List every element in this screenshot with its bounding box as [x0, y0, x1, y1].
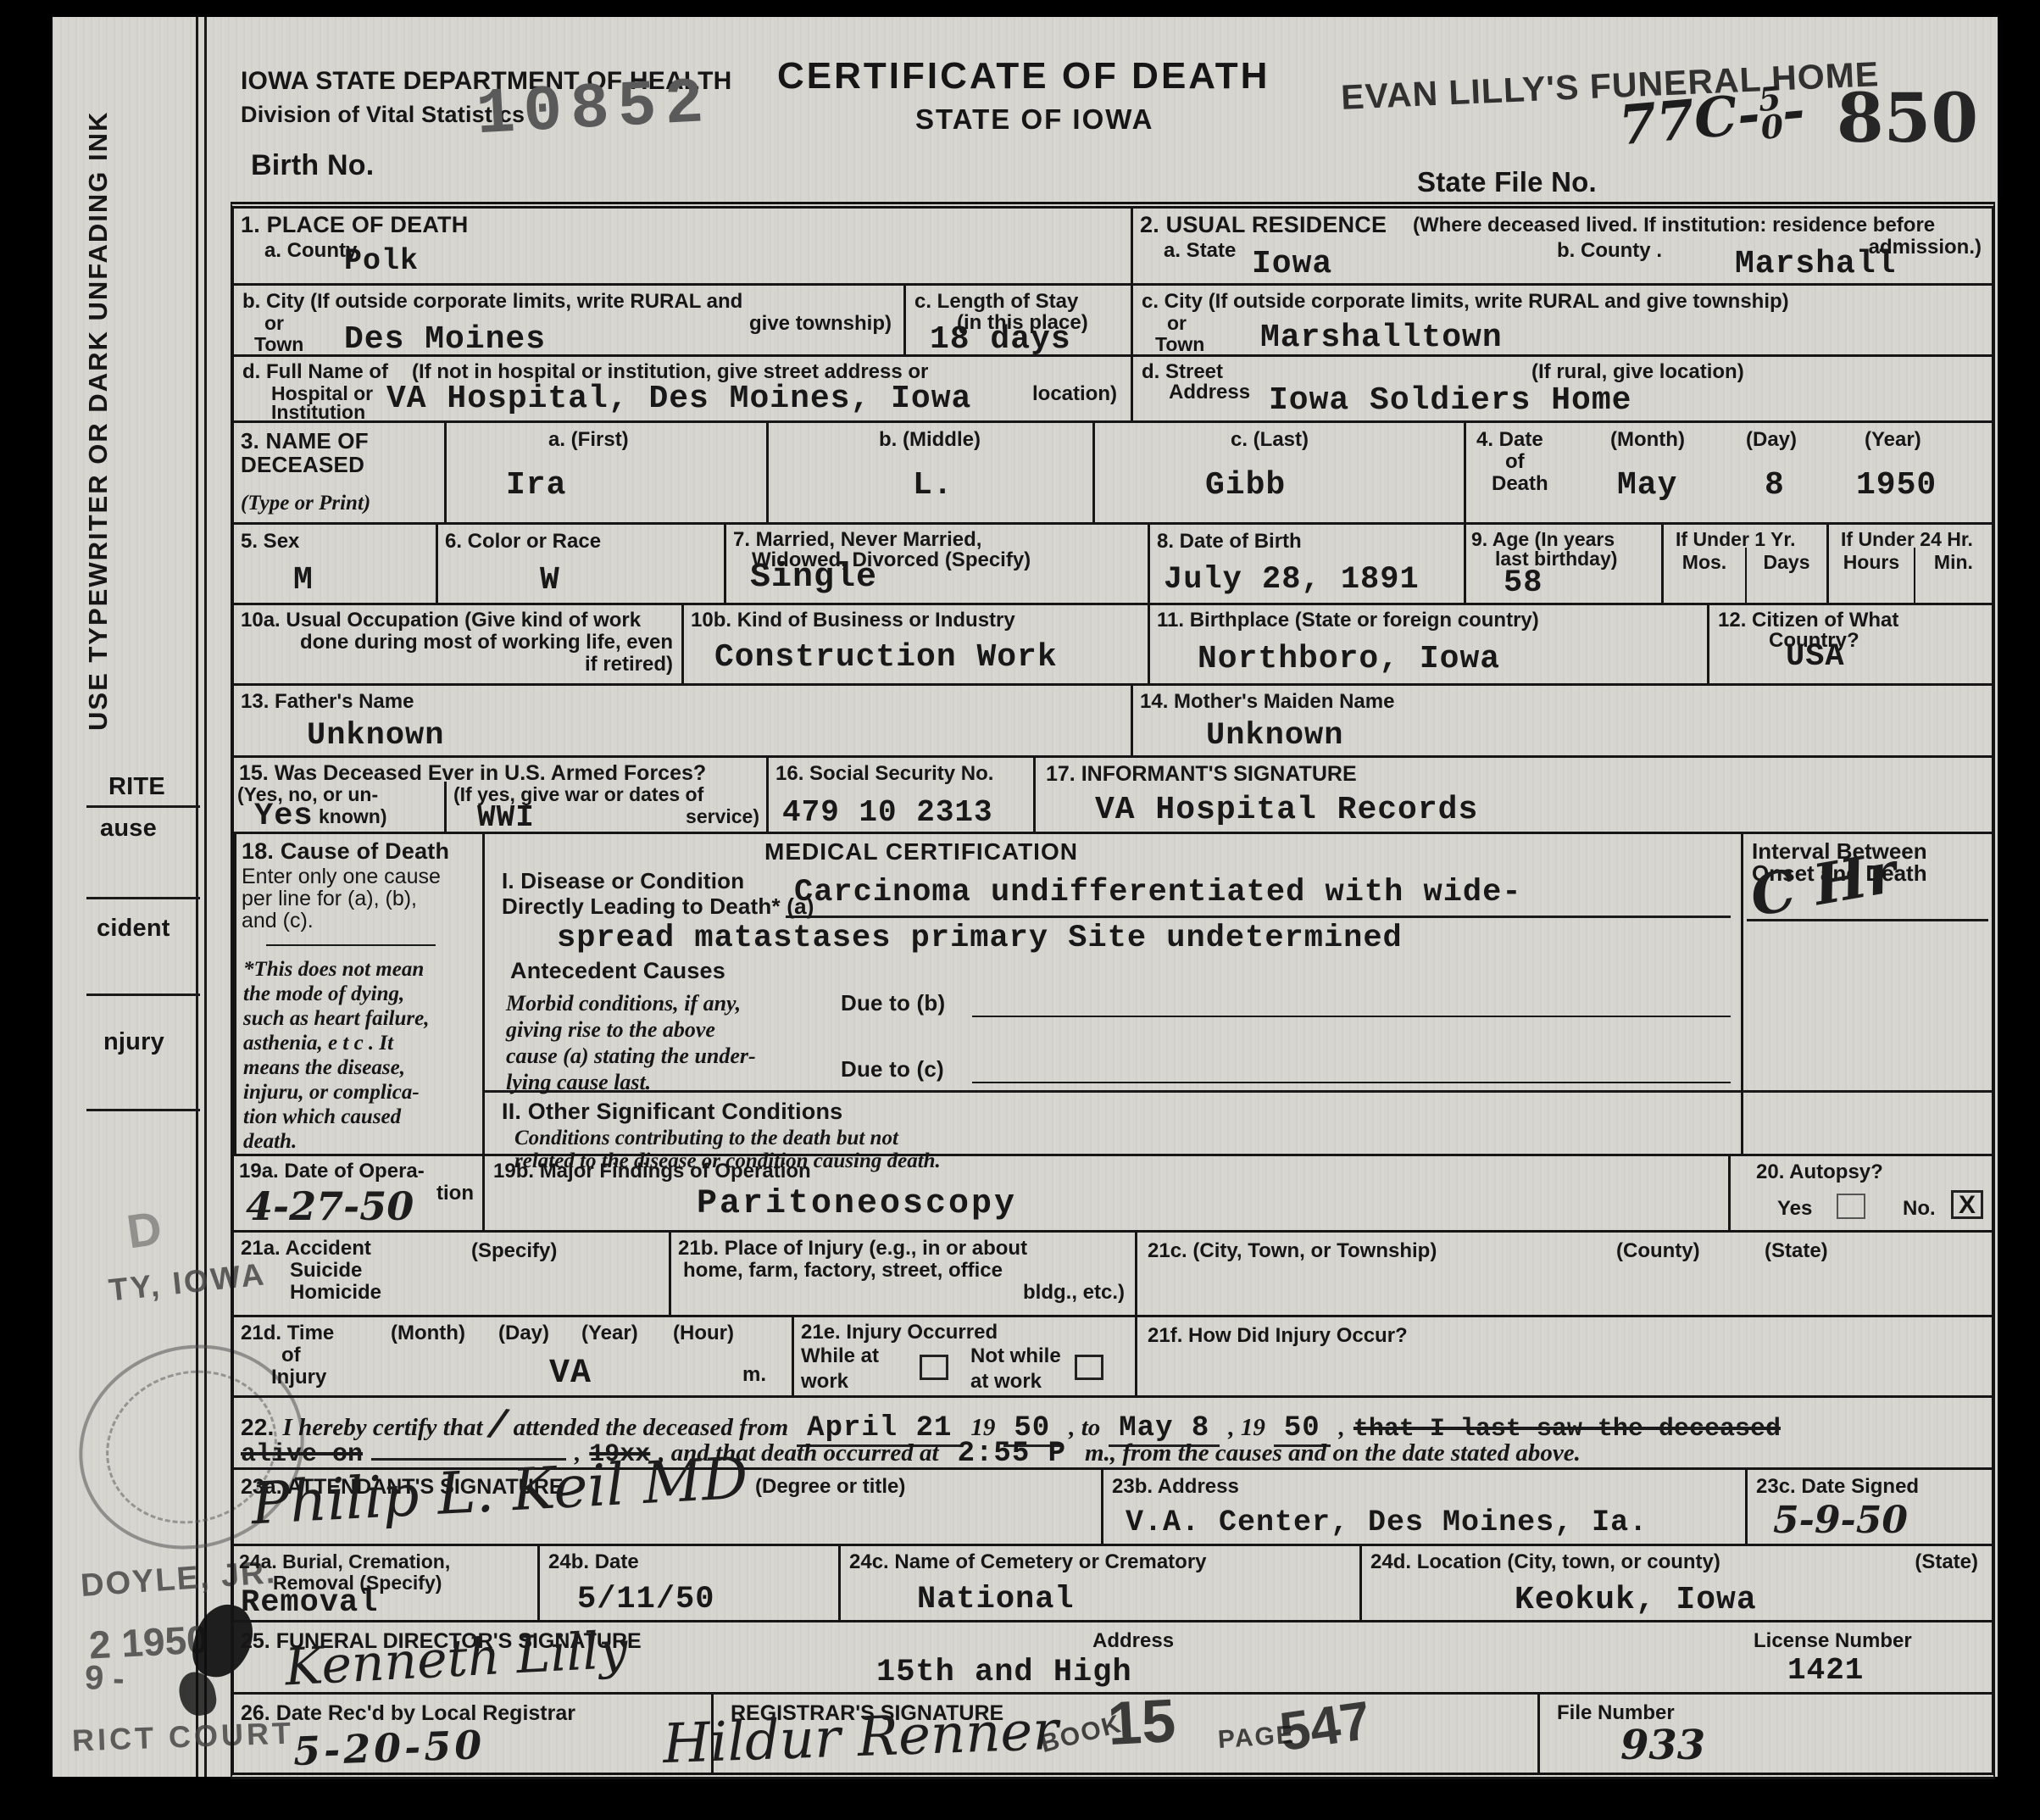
row-certify: 22. I hereby certify that / attended the…: [234, 1395, 1992, 1467]
margin-fragment-accident: cident: [97, 914, 170, 943]
accident-label-2: Suicide: [290, 1259, 362, 1283]
cause-asterisk-note: death.: [243, 1129, 429, 1154]
type-or-print: (Type or Print): [241, 491, 370, 516]
not-while-at-work-checkbox: [1075, 1355, 1103, 1380]
funeral-director-cell: 25. FUNERAL DIRECTOR'S SIGNATURE Kenneth…: [234, 1622, 1992, 1692]
autopsy-label: 20. Autopsy?: [1756, 1160, 1883, 1184]
accident-label-1: 21a. Accident: [241, 1237, 371, 1261]
row-attendant: 23a. ATTENDANT'S SIGNATURE (Degree or ti…: [234, 1467, 1992, 1544]
place-of-death-title: 1. PLACE OF DEATH: [241, 212, 468, 239]
war-value: WWI: [477, 800, 535, 835]
cause-asterisk-note: the mode of dying,: [243, 982, 429, 1006]
street-paren: (If rural, give location): [1531, 360, 1744, 384]
margin-fragment-cause: ause: [100, 814, 157, 843]
due-to-c-label: Due to (c): [841, 1056, 944, 1083]
hospital-label-1: d. Full Name of: [242, 360, 388, 384]
attendant-address-cell: 23b. Address V.A. Center, Des Moines, Ia…: [1101, 1470, 1745, 1544]
war-paren-2: service): [686, 805, 759, 827]
place-injury-label-3: bldg., etc.): [1023, 1281, 1125, 1305]
dod-day-label: (Day): [1746, 428, 1797, 452]
margin-fragment-injury: njury: [103, 1027, 164, 1056]
birth-no-label: Birth No.: [251, 148, 374, 182]
how-injury-label: 21f. How Did Injury Occur?: [1148, 1324, 1408, 1348]
first-name-value: Ira: [506, 467, 566, 504]
residence-county-value: Marshall: [1735, 246, 1896, 282]
cause-asterisk-note: tion which caused: [243, 1105, 429, 1129]
row-funeral-director: 25. FUNERAL DIRECTOR'S SIGNATURE Kenneth…: [234, 1620, 1992, 1692]
va-typed-mark: VA: [549, 1355, 592, 1393]
form-grid: 1. PLACE OF DEATH a. County Polk b. City…: [231, 202, 1995, 1779]
father-label: 13. Father's Name: [241, 690, 414, 714]
place-of-injury-cell: 21b. Place of Injury (e.g., in or about …: [669, 1233, 1135, 1315]
funeral-address-label: Address: [1092, 1629, 1174, 1653]
armed-forces-value: Yes: [254, 799, 314, 834]
morbid-note: Morbid conditions, if any,: [506, 990, 756, 1016]
due-to-b-label: Due to (b): [841, 990, 945, 1016]
other-conditions-label: II. Other Significant Conditions: [502, 1099, 842, 1126]
dod-year-label: (Year): [1865, 428, 1921, 452]
last-name-value: Gibb: [1205, 467, 1286, 504]
race-label: 6. Color or Race: [445, 530, 601, 554]
interval-underline: [1747, 919, 1988, 921]
injury-year-label: (Year): [581, 1322, 638, 1345]
registrar-number-stamp: 10852: [475, 67, 714, 152]
informant-cell: 17. INFORMANT'S SIGNATURE VA Hospital Re…: [1033, 758, 1992, 832]
date-signed-cell: 23c. Date Signed 5-9-50: [1745, 1470, 1992, 1544]
first-name-cell: a. (First) Ira: [444, 423, 766, 522]
informant-value: VA Hospital Records: [1095, 792, 1478, 828]
operation-findings-cell: 19b. Major Findings of Operation Pariton…: [482, 1156, 1728, 1230]
cause-a-value-line1: Carcinoma undifferentiated with wide-: [794, 875, 1522, 910]
marital-value: Single: [750, 559, 877, 597]
industry-cell: 10b. Kind of Business or Industry Constr…: [681, 605, 1148, 683]
occupation-cell: 10a. Usual Occupation (Give kind of work…: [234, 605, 681, 683]
hours-label: Hours: [1829, 548, 1914, 603]
cemetery-label: 24c. Name of Cemetery or Crematory: [849, 1550, 1207, 1574]
injury-month-label: (Month): [391, 1322, 465, 1345]
dob-label: 8. Date of Birth: [1157, 530, 1302, 554]
injury-hour-label: (Hour): [673, 1322, 734, 1345]
citizen-value: USA: [1786, 639, 1845, 675]
last-name-label: c. (Last): [1231, 428, 1309, 452]
accident-specify: (Specify): [471, 1239, 557, 1263]
residence-city-value: Marshalltown: [1260, 320, 1503, 356]
registrar-signature: Hildur Renner: [662, 1700, 1059, 1776]
residence-city-town: Town: [1155, 333, 1204, 355]
burial-location-cell: 24d. Location (City, town, or county) (S…: [1359, 1546, 1992, 1620]
birthplace-label: 11. Birthplace (State or foreign country…: [1157, 609, 1539, 632]
city-label-line1: b. City (If outside corporate limits, wr…: [242, 290, 742, 314]
time-injury-label-1: 21d. Time: [241, 1322, 334, 1345]
row-demographics: 5. Sex M 6. Color or Race W 7. Married, …: [234, 522, 1992, 603]
morbid-note: giving rise to the above: [506, 1016, 756, 1043]
time-injury-label-3: Injury: [271, 1366, 326, 1389]
other-conditions-note-1: Conditions contributing to the death but…: [514, 1126, 898, 1151]
margin-rule: [86, 1109, 200, 1111]
county-label: a. County: [264, 239, 357, 263]
length-of-stay-label: c. Length of Stay: [914, 290, 1078, 314]
race-cell: 6. Color or Race W: [436, 525, 724, 603]
cause-asterisk-note: *This does not mean: [243, 957, 429, 982]
license-number-label: License Number: [1754, 1629, 1912, 1653]
cause-asterisk-note: injuru, or complica-: [243, 1080, 429, 1105]
last-name-cell: c. (Last) Gibb: [1092, 423, 1464, 522]
margin-vertical-instruction: USE TYPEWRITER OR DARK UNFADING INK: [83, 111, 114, 731]
while-at-label: While at: [801, 1344, 879, 1368]
occupation-label-2: done during most of working life, even: [300, 631, 673, 654]
time-injury-label-2: of: [281, 1344, 301, 1367]
place-injury-label-2: home, farm, factory, street, office: [683, 1259, 1003, 1283]
cause-asterisk-note: such as heart failure,: [243, 1006, 429, 1031]
dob-value: July 28, 1891: [1164, 562, 1420, 598]
disease-label-2: Directly Leading to Death* (a): [502, 893, 814, 920]
dod-label-3: Death: [1492, 472, 1548, 496]
row-medical: 18. Cause of Death Enter only one cause …: [234, 832, 1992, 1154]
min-label: Min.: [1914, 548, 1992, 603]
cause-title: 18. Cause of Death: [242, 838, 449, 865]
death-time-value: 2:55 P: [948, 1438, 1076, 1467]
injury-occurred-cell: 21e. Injury Occurred While at work Not w…: [792, 1317, 1135, 1395]
hospital-value: VA Hospital, Des Moines, Iowa: [386, 381, 971, 417]
injury-city-label: 21c. (City, Town, or Township): [1148, 1239, 1437, 1263]
operation-date-value: 4-27-50: [246, 1183, 414, 1229]
date-received-cell: 26. Date Rec'd by Local Registrar 5-20-5…: [234, 1695, 711, 1773]
dod-year-value: 1950: [1856, 467, 1937, 504]
autopsy-no-checkbox: X: [1951, 1190, 1983, 1219]
cause-note-2: per line for (a), (b),: [242, 887, 417, 911]
margin-stamp-9: 9 -: [84, 1659, 125, 1699]
citizen-cell: 12. Citizen of What Country? USA: [1707, 605, 1992, 683]
burial-value: Removal: [241, 1585, 378, 1621]
name-title-1: 3. NAME OF: [241, 428, 369, 454]
row-injury-2: 21d. Time of Injury (Month) (Day) (Year)…: [234, 1315, 1992, 1395]
dod-month-value: May: [1617, 467, 1677, 504]
attendant-signature-cell: 23a. ATTENDANT'S SIGNATURE (Degree or ti…: [234, 1470, 1101, 1544]
autopsy-yes-label: Yes: [1777, 1197, 1812, 1221]
page-number-stamp: 547: [1276, 1689, 1374, 1763]
street-label-2: Address: [1169, 381, 1250, 404]
certificate-form: IOWA STATE DEPARTMENT OF HEALTH Division…: [231, 17, 1995, 1777]
state-file-label: State File No.: [1417, 166, 1597, 199]
state-file-number-stamp: 850: [1837, 78, 1978, 158]
certify-text-4: m., from the causes and on the date stat…: [1085, 1439, 1581, 1467]
birthplace-cell: 11. Birthplace (State or foreign country…: [1148, 605, 1707, 683]
days-label: Days: [1745, 548, 1826, 603]
antecedent-label: Antecedent Causes: [510, 958, 725, 985]
burial-location-state: (State): [1915, 1550, 1978, 1574]
cause-of-death-cell: 18. Cause of Death Enter only one cause …: [234, 834, 482, 1154]
mother-cell: 14. Mother's Maiden Name Unknown: [1131, 686, 1992, 755]
book-number-stamp: 15: [1106, 1686, 1177, 1759]
name-title-2: DECEASED: [241, 452, 364, 478]
residence-city-or: or: [1167, 312, 1187, 334]
middle-name-cell: b. (Middle) L.: [766, 423, 1092, 522]
injury-county-label: (County): [1616, 1239, 1700, 1263]
cemetery-cell: 24c. Name of Cemetery or Crematory Natio…: [838, 1546, 1359, 1620]
name-label-cell: 3. NAME OF DECEASED (Type or Print): [234, 423, 444, 522]
disease-label-1: I. Disease or Condition: [502, 868, 744, 894]
mos-label: Mos.: [1664, 548, 1745, 603]
morbid-note: lying cause last.: [506, 1069, 756, 1095]
row-place-residence: 1. PLACE OF DEATH a. County Polk b. City…: [234, 209, 1992, 420]
date-received-value: 5-20-50: [292, 1722, 486, 1774]
morbid-note: cause (a) stating the under-: [506, 1043, 756, 1069]
burial-date-label: 24b. Date: [548, 1550, 639, 1574]
cause-asterisk-note: means the disease,: [243, 1055, 429, 1080]
file-number-cell: File Number 933: [1537, 1695, 1992, 1773]
sex-cell: 5. Sex M: [234, 525, 436, 603]
row-parents: 13. Father's Name Unknown 14. Mother's M…: [234, 683, 1992, 755]
burial-date-value: 5/11/50: [577, 1582, 714, 1617]
funeral-address-value: 15th and High: [876, 1655, 1132, 1690]
injury-state-label: (State): [1765, 1239, 1828, 1263]
certificate-scan: USE TYPEWRITER OR DARK UNFADING INK RITE…: [53, 17, 1998, 1777]
struck-text-2: alive on: [241, 1440, 363, 1467]
mother-value: Unknown: [1206, 718, 1343, 754]
not-while-label: Not while: [970, 1344, 1061, 1368]
date-of-death-cell: 4. Date of Death (Month) (Day) (Year) Ma…: [1464, 423, 1992, 522]
accident-label-3: Homicide: [290, 1281, 381, 1305]
cause-note-3: and (c).: [242, 909, 314, 933]
sex-label: 5. Sex: [241, 530, 299, 554]
while-at-work-checkbox: [920, 1355, 948, 1380]
attendant-address-value: V.A. Center, Des Moines, Ia.: [1126, 1506, 1648, 1539]
margin-rule: [86, 805, 200, 808]
date-signed-label: 23c. Date Signed: [1756, 1475, 1919, 1499]
yes-no-paren-2: known): [319, 805, 387, 827]
burial-label-1: 24a. Burial, Cremation,: [239, 1550, 450, 1572]
age-cell: 9. Age (In years last birthday) 58 If Un…: [1464, 525, 1992, 603]
operation-date-label-1: 19a. Date of Opera-: [239, 1160, 425, 1183]
file-number-value: 933: [1620, 1722, 1705, 1769]
dod-month-label: (Month): [1610, 428, 1685, 452]
residence-city-label: c. City (If outside corporate limits, wr…: [1142, 290, 1789, 314]
at-work-label: at work: [970, 1370, 1042, 1394]
burial-date-cell: 24b. Date 5/11/50: [537, 1546, 838, 1620]
due-to-b-line: [972, 1016, 1731, 1017]
margin-rule: [86, 993, 200, 996]
cause-a-value-line2: spread matastases primary Site undetermi…: [557, 921, 1403, 956]
residence-paren-1: (Where deceased lived. If institution: r…: [1413, 214, 1935, 237]
sex-value: M: [293, 562, 314, 598]
due-to-c-line: [972, 1082, 1731, 1083]
middle-name-value: L.: [913, 467, 953, 504]
medical-certification-cell: MEDICAL CERTIFICATION I. Disease or Cond…: [482, 834, 1741, 1154]
cause-note-1: Enter only one cause: [242, 865, 441, 889]
operation-findings-value: Paritoneoscopy: [697, 1185, 1017, 1223]
race-value: W: [540, 562, 560, 598]
armed-forces-cell: 15. Was Deceased Ever in U.S. Armed Forc…: [234, 758, 766, 832]
street-value: Iowa Soldiers Home: [1269, 382, 1631, 419]
autopsy-cell: 20. Autopsy? Yes No. X: [1728, 1156, 1992, 1230]
injury-day-label: (Day): [498, 1322, 549, 1345]
certificate-title: CERTIFICATE OF DEATH: [777, 54, 1270, 98]
city-value: Des Moines: [344, 321, 546, 358]
dod-label-2: of: [1505, 450, 1525, 474]
length-of-stay-value: 18 days: [930, 321, 1071, 358]
residence-title: 2. USUAL RESIDENCE: [1140, 212, 1387, 239]
injury-location-cell: 21c. (City, Town, or Township) (County) …: [1135, 1233, 1992, 1315]
certify-cell: 22. I hereby certify that / attended the…: [234, 1398, 1992, 1467]
date-signed-value: 5-9-50: [1773, 1499, 1908, 1542]
row-service-ssn: 15. Was Deceased Ever in U.S. Armed Forc…: [234, 755, 1992, 832]
form-header: IOWA STATE DEPARTMENT OF HEALTH Division…: [231, 17, 1995, 202]
residence-state-value: Iowa: [1252, 246, 1332, 282]
row-occupation: 10a. Usual Occupation (Give kind of work…: [234, 603, 1992, 683]
section-place-of-death: 1. PLACE OF DEATH a. County Polk b. City…: [234, 209, 1131, 420]
how-injury-cell: 21f. How Did Injury Occur?: [1135, 1317, 1992, 1395]
row-injury-1: 21a. Accident Suicide Homicide (Specify)…: [234, 1230, 1992, 1315]
time-of-injury-cell: 21d. Time of Injury (Month) (Day) (Year)…: [234, 1317, 792, 1395]
certificate-subtitle: STATE OF IOWA: [915, 103, 1153, 136]
occupation-label-1: 10a. Usual Occupation (Give kind of work: [241, 609, 641, 632]
accident-cell: 21a. Accident Suicide Homicide (Specify): [234, 1233, 669, 1315]
residence-county-label: b. County .: [1557, 239, 1662, 263]
row-registrar: 26. Date Rec'd by Local Registrar 5-20-5…: [234, 1692, 1992, 1773]
row-operation: 19a. Date of Opera- tion 4-27-50 19b. Ma…: [234, 1154, 1992, 1230]
industry-label: 10b. Kind of Business or Industry: [691, 609, 1015, 632]
age-value: 58: [1504, 565, 1543, 601]
father-cell: 13. Father's Name Unknown: [234, 686, 1131, 755]
ssn-value: 479 10 2313: [782, 795, 993, 830]
industry-value: Construction Work: [714, 639, 1058, 676]
county-value: Polk: [344, 244, 419, 278]
middle-name-label: b. (Middle): [879, 428, 981, 452]
occupation-label-3: if retired): [585, 653, 673, 676]
burial-cell: 24a. Burial, Cremation, Removal (Specify…: [234, 1546, 537, 1620]
attendant-address-label: 23b. Address: [1112, 1475, 1239, 1499]
operation-date-cell: 19a. Date of Opera- tion 4-27-50: [234, 1156, 482, 1230]
autopsy-no-label: No.: [1903, 1197, 1936, 1221]
burial-location-label: 24d. Location (City, town, or county): [1370, 1550, 1720, 1574]
cause-rule: [266, 944, 436, 946]
operation-date-label-2: tion: [436, 1182, 474, 1205]
date-received-label: 26. Date Rec'd by Local Registrar: [241, 1701, 575, 1726]
mother-label: 14. Mother's Maiden Name: [1140, 690, 1394, 714]
informant-label: 17. INFORMANT'S SIGNATURE: [1046, 762, 1357, 787]
first-name-label: a. (First): [548, 428, 629, 452]
father-value: Unknown: [307, 718, 444, 754]
dob-cell: 8. Date of Birth July 28, 1891: [1148, 525, 1464, 603]
ssn-cell: 16. Social Security No. 479 10 2313: [766, 758, 1033, 832]
section-usual-residence: 2. USUAL RESIDENCE (Where deceased lived…: [1131, 209, 1992, 420]
cause-asterisk-note: asthenia, e t c . It: [243, 1031, 429, 1055]
autopsy-yes-checkbox: [1837, 1194, 1865, 1219]
hospital-paren-2: location): [1032, 382, 1117, 406]
work-label: work: [801, 1370, 848, 1394]
file-hand-prefix: 77C-: [1616, 82, 1762, 158]
residence-state-label: a. State: [1164, 239, 1236, 263]
city-label-line2: give township): [749, 312, 892, 336]
cemetery-value: National: [917, 1582, 1075, 1617]
row-name-dod: 3. NAME OF DECEASED (Type or Print) a. (…: [234, 420, 1992, 522]
registrar-signature-cell: REGISTRAR'S SIGNATURE Hildur Renner BOOK…: [711, 1695, 1537, 1773]
burial-location-value: Keokuk, Iowa: [1515, 1582, 1757, 1618]
place-injury-label-1: 21b. Place of Injury (e.g., in or about: [678, 1237, 1027, 1261]
dod-label-1: 4. Date: [1476, 428, 1543, 452]
city-or: or: [264, 312, 284, 334]
medical-certification-heading: MEDICAL CERTIFICATION: [764, 838, 1078, 865]
birthplace-value: Northboro, Iowa: [1198, 641, 1500, 677]
degree-title-label: (Degree or title): [755, 1475, 905, 1499]
margin-rule: [86, 897, 200, 899]
marital-cell: 7. Married, Never Married, Widowed, Divo…: [724, 525, 1148, 603]
dod-day-value: 8: [1765, 467, 1785, 504]
file-hand-bottom: 0: [1759, 112, 1784, 141]
injury-occurred-label: 21e. Injury Occurred: [801, 1321, 998, 1344]
operation-findings-label: 19b. Major Findings of Operation: [493, 1160, 811, 1183]
license-number-value: 1421: [1787, 1653, 1864, 1688]
interval-cell: Interval Between Onset and Death C Hr: [1741, 834, 1992, 1154]
city-town: Town: [254, 333, 303, 355]
row-burial: 24a. Burial, Cremation, Removal (Specify…: [234, 1544, 1992, 1620]
margin-fragment-write: RITE: [108, 772, 165, 801]
injury-m-label: m.: [742, 1363, 766, 1387]
cause-a-underline: [786, 916, 1731, 918]
ssn-label: 16. Social Security No.: [775, 762, 993, 786]
